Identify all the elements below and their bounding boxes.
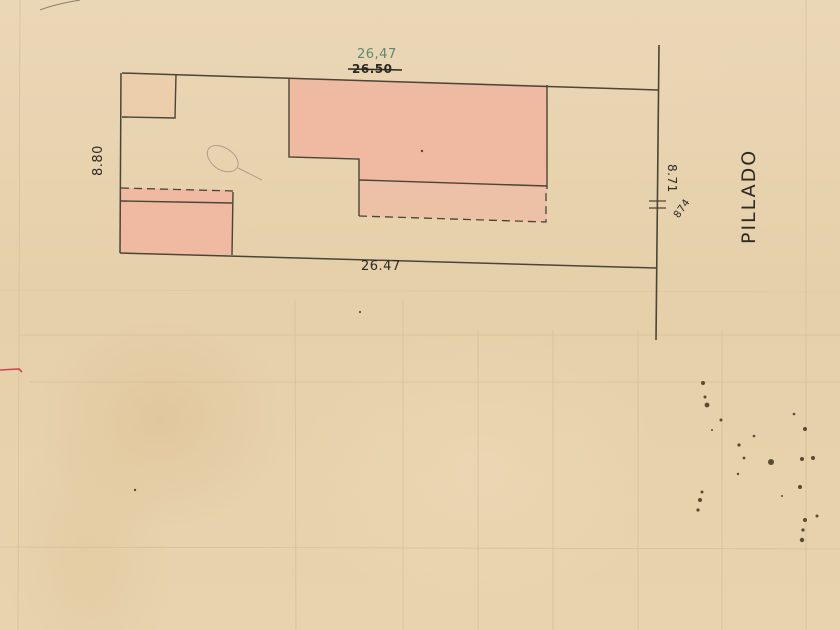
right-frontage-dimension: 8.71 [665, 164, 679, 193]
pencil-doodle [207, 146, 262, 180]
left-dimension: 8.80 [91, 145, 106, 176]
pencil-mark [40, 0, 80, 10]
main-building-fill [289, 78, 547, 188]
rear-upper-block-fill [122, 73, 176, 118]
rear-lower-block-side [232, 192, 233, 255]
site-plan-drawing [0, 0, 840, 630]
top-dimension-corrected: 26,47 [357, 47, 397, 62]
bottom-dimension: 26.47 [361, 259, 401, 274]
top-dimension-original: 26.50 [352, 62, 392, 76]
street-name-label: PILLADO [738, 149, 760, 244]
rear-lower-block-fill [120, 188, 233, 255]
main-building-extension-fill [358, 181, 547, 222]
